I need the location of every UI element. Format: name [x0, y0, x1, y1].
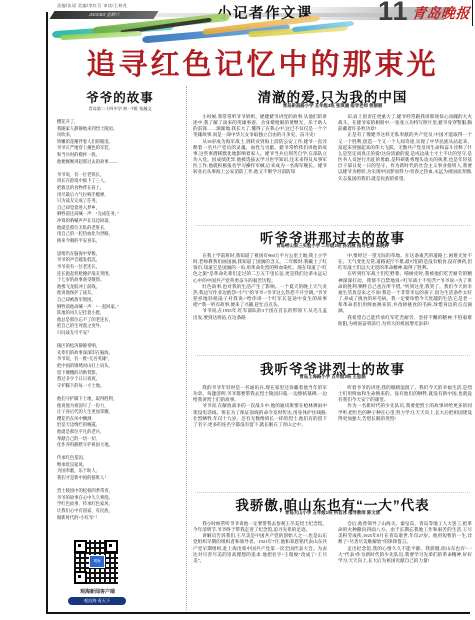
main-headline: 追寻红色记忆中的那束光	[55, 42, 470, 83]
poem-line: 和当兵时的模样一般。	[57, 152, 185, 159]
article-divider-3	[195, 492, 470, 493]
poem-line: 把救急的食物背在肩上，	[57, 185, 185, 192]
poem-line: 陵区的松涛静静奏响，	[57, 343, 185, 350]
poem-line: 把自己的生死置之度外，	[57, 323, 185, 330]
article-1-paragraph: 识,肩上的责任更重大了,姥爷经常跟我讲那场惊心动魄的大火战斗。在姥爷家的相册中,…	[338, 114, 472, 132]
poem-line: 爷爷说有一位老连长，	[57, 264, 185, 271]
article-1-body: 小时候,我常常听爷爷奶奶、姥姥姥爷讲党的故事,从他们的讲述中,我了解了雨来的英雄…	[193, 114, 472, 224]
poem-line	[57, 165, 185, 172]
poem-line	[57, 244, 185, 251]
poem-line: 化作养料静默守护祖国大地。	[57, 442, 185, 449]
poem-line: 我随家人静静地来到烈士陵园。	[57, 126, 185, 133]
poem-line: 爷爷说，有一批“无名英雄”，	[57, 356, 185, 363]
article-2-paragraph: 爷爷说,在1935年,红军部队的3个团在首长的带领下,从毛儿盖出发,要到达班佑,…	[193, 308, 327, 320]
article-2-paragraph: 在听到红军战士们吃野菜、啃树皮时,我被他们吃苦耐劳的精神深深打动。我情不自禁地说…	[338, 271, 472, 314]
article-1-paragraph: 小时候,我常常听爷爷奶奶、姥姥姥爷讲党的故事,从他们的讲述中,我了解了雨来的英雄…	[193, 114, 327, 139]
qr-caption: 观海新闻客户端	[55, 588, 140, 595]
poem-line: 烈士陵园中的松柏四季常青，	[57, 488, 185, 495]
masthead-logo: 青岛晚报	[411, 3, 475, 23]
article-2-paragraph: 在我上学前班时,我知道了祖国有960万平方公里土地;我上小学时,老师教我们画国旗…	[193, 253, 327, 284]
left-page-rule	[46, 12, 48, 612]
date-badge: 2021/5/1 星期六	[50, 11, 159, 19]
column-divider-dotted	[186, 86, 187, 610]
poem-line: 用自己的一腔热血化为世路，	[57, 231, 185, 238]
article-2-paragraph: 中,要经过一望无际的草地。在这条艰苦的道路上,困难无处不在。天气变化无常,道路泥…	[338, 253, 472, 271]
poem-line: 我们才是新中国的接班人！	[57, 475, 185, 482]
poem-line: 风吹来，	[57, 132, 185, 139]
article-4-paragraph: 走出纪念馆,我的心情久久不能平静。我骄傲,咱山东也有“一大”代表!作为新时代的少…	[338, 546, 472, 564]
poem-body: 樱花开了，我随家人静静地来到烈士陵园。风吹来，娇嫩的花瓣伴着人们的眼泪。爷爷庄严…	[57, 119, 185, 531]
qr-center-logo: 观海	[89, 555, 105, 568]
poem-line: 守护脚下的每一寸土地。	[57, 383, 185, 390]
poem-line	[57, 389, 185, 396]
article-1-paragraph: 正是有了像姥爷这样无私奉献的共产党员,中国才能取得一个又一个胜利,创造一个又一个…	[338, 132, 472, 181]
poem-line: 他们守护脚下土地，取得胜利，	[57, 396, 185, 403]
poem-line: 阵地的风儿记挂着小脸，	[57, 310, 185, 317]
article-3-byline: 青岛上海路小学 五年级3班 王思涵	[193, 374, 472, 380]
poem-line: 自己却被敌军围困。	[57, 297, 185, 304]
article-divider-1	[195, 225, 470, 226]
poem-line: 做新时代的“小红军”！	[57, 515, 185, 522]
article-2-paragraph: 我希望自己能传承红军吃苦耐劳、坚持不懈的精神,不怕艰难险阻,为祖国奋勇前行,为伟…	[338, 315, 472, 327]
poem-line: 传承红色基因，	[57, 455, 185, 462]
article-4-paragraph: 会后,他曾领导了山海关、秦皇岛、青岛等地工人大罢工,把革命的火种撒向四面八方。由…	[338, 521, 472, 546]
article-2-byline: 青岛崂山第三实验小学 二年级2班 孙羽葳 指导老师 高晓婷	[193, 243, 472, 249]
newspaper-page: 责编/张珺 美编/李红芬 审读/王林兆 2021/5/1 星期六 小记者作文课 …	[0, 0, 475, 620]
qr-finder-icon	[74, 540, 87, 553]
poem-line: 只问战友可平安？	[57, 330, 185, 337]
poem-line: 牺牲前还高喊一声：“完成任务。”	[57, 211, 185, 218]
poem-line: 樱花开了，	[57, 119, 185, 126]
poem-line: 只为战友完成了任务。	[57, 198, 185, 205]
article-1-paragraph: 从18岁成为海军战士,到转业到海上消防公安工作,姥爷一直诠释着一名共产党员的灵魂…	[193, 139, 327, 176]
poem-line: 他就是那位平凡的老兵，	[57, 429, 185, 436]
bottom-page-rule	[46, 612, 470, 614]
article-2-body: 在我上学前班时,我知道了祖国有960万平方公里土地;我上小学时,老师教我们画国旗…	[193, 253, 472, 353]
poem-title: 爷爷的故事	[55, 88, 185, 106]
poem-line: 他便娓娓讲起那过去的故事——	[57, 159, 185, 166]
poem-line: 换来今朝的平安喜乐。	[57, 238, 185, 245]
qr-finder-icon	[105, 540, 118, 553]
editors-line: 责编/张珺 美编/李红芬 审读/王林兆	[57, 3, 127, 9]
poem-line: 班长在险境中救下了三人，	[57, 178, 185, 185]
article-3-paragraph: 作为一名新时代的少先队员,我要把烈士的故事讲给更多的同学听,把红色的种子种在心里…	[338, 403, 472, 421]
poem-line: 熬过多少个日日夜夜，	[57, 376, 185, 383]
article-4-body: 我小时候常听爷爷说他一定要带我去参观王尽美烈士纪念馆。今年清明节,爷爷终于带我走…	[193, 521, 472, 611]
poem-byline: 青岛第二十四中学 初一7班 张瀚文	[50, 106, 190, 112]
poem-line: 十七岁的故事备受敬仰。	[57, 277, 185, 284]
article-3-body: 我的爷爷年轻时是一名通讯兵,现在家里还珍藏着他当年的军功章。每逢清明,爷爷都要带…	[193, 385, 472, 490]
article-divider-2	[195, 355, 470, 356]
article-3-paragraph: 听着爷爷的讲述,我的眼睛湿润了。我们今天的幸福生活,是烈士们用鲜血和生命换来的。…	[338, 385, 472, 403]
article-4-paragraph: 讲解员告诉我们,王尽美是中国共产党的创始人之一,也是山东党组织早期的组织者和领导…	[193, 533, 327, 564]
article-3-paragraph: 爷爷说,在解放战争的一次战斗中,他的通讯班要在枪林弹雨中架设电话线。班长为了保证…	[193, 403, 327, 428]
poem-line: 让我们心中有国家、有民族，	[57, 508, 185, 515]
qr-finder-icon	[74, 571, 87, 584]
poem-line: 冲锋的呐喊声声在耳边回荡，	[57, 218, 185, 225]
poem-line: 恰是天边绚烂的晚霞。	[57, 422, 185, 429]
qr-slogan-pill: 观沧海 看天下	[68, 597, 126, 605]
article-4-paragraph: 我小时候常听爷爷说他一定要带我去参观王尽美烈士纪念馆。今年清明节,爷爷终于带我走…	[193, 521, 327, 533]
article-1-byline: 青岛新昌路小学 五年级3班 张琪涵 指导老师 侯丽丽	[193, 103, 472, 109]
page-number: 11	[378, 0, 409, 27]
poem-line: 让子孙后代的人生更加荣耀。	[57, 409, 185, 416]
poem-line: 爷爷庄严地穿上褪色的军装，	[57, 145, 185, 152]
article-4-byline: 青岛天山小学 五年级1班 所若冰 指导教师 陈文清	[193, 510, 472, 516]
article-3-paragraph: 我的爷爷年轻时是一名通讯兵,现在家里还珍藏着他当年的军功章。每逢清明,爷爷都要带…	[193, 385, 327, 403]
poem-line: 把中国的锦绣河山扛上肩头，	[57, 363, 185, 370]
qr-code: 观海	[74, 540, 118, 584]
article-2-paragraph: 红色故事,也对我的生活产生了影响。一个夏天的晚上天气炎热,我边写作业边抱怨“小气…	[193, 284, 327, 309]
